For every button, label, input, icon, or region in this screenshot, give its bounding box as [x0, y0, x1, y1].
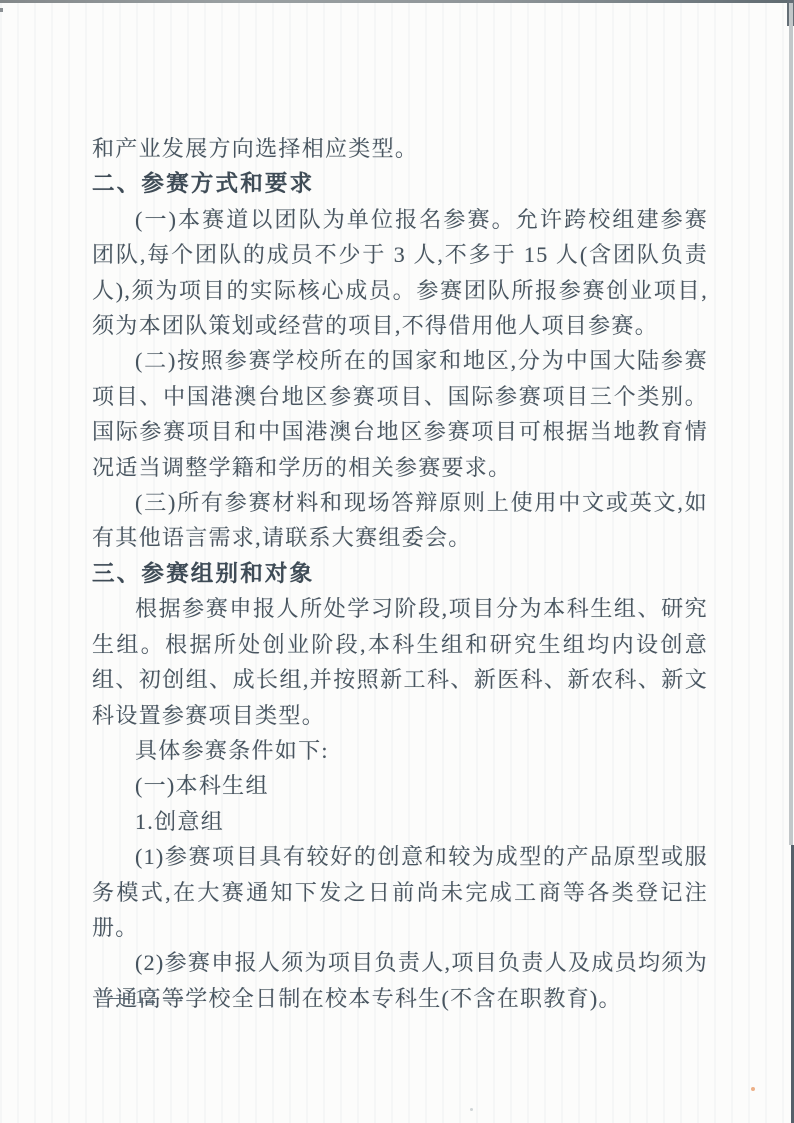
- group1-heading: (一)本科生组: [92, 768, 708, 803]
- group1-subgroup-item-2: (2)参赛申报人须为项目负责人,项目负责人及成员均须为普通高等学校全日制在校本专…: [92, 945, 708, 1016]
- scan-top-edge-line: [0, 0, 794, 3]
- section2-item-2: (二)按照参赛学校所在的国家和地区,分为中国大陆参赛项目、中国港澳台地区参赛项目…: [92, 343, 708, 485]
- scan-right-edge-stripe: [789, 3, 793, 845]
- scan-left-edge-mark: [0, 8, 3, 12]
- section-heading-3: 三、参赛组别和对象: [92, 556, 708, 591]
- group1-subgroup-item-1: (1)参赛项目具有较好的创意和较为成型的产品原型或服务模式,在大赛通知下发之日前…: [92, 839, 708, 945]
- section3-paragraph-1: 根据参赛申报人所处学习阶段,项目分为本科生组、研究生组。根据所处创业阶段,本科生…: [92, 591, 708, 733]
- section2-item-3: (三)所有参赛材料和现场答辩原则上使用中文或英文,如有其他语言需求,请联系大赛组…: [92, 485, 708, 556]
- paragraph-continuation: 和产业发展方向选择相应类型。: [92, 131, 708, 166]
- section-heading-2: 二、参赛方式和要求: [92, 166, 708, 201]
- scanned-document-page: 和产业发展方向选择相应类型。 二、参赛方式和要求 (一)本赛道以团队为单位报名参…: [0, 0, 794, 1123]
- scan-speck: [470, 1108, 473, 1111]
- section3-paragraph-2: 具体参赛条件如下:: [92, 733, 708, 768]
- document-body: 和产业发展方向选择相应类型。 二、参赛方式和要求 (一)本赛道以团队为单位报名参…: [92, 131, 708, 1016]
- section2-item-1: (一)本赛道以团队为单位报名参赛。允许跨校组建参赛团队,每个团队的成员不少于 3…: [92, 202, 708, 344]
- page-number: — 12 —: [108, 986, 184, 1009]
- group1-subgroup-title: 1.创意组: [92, 804, 708, 839]
- scan-speck: [751, 1087, 755, 1091]
